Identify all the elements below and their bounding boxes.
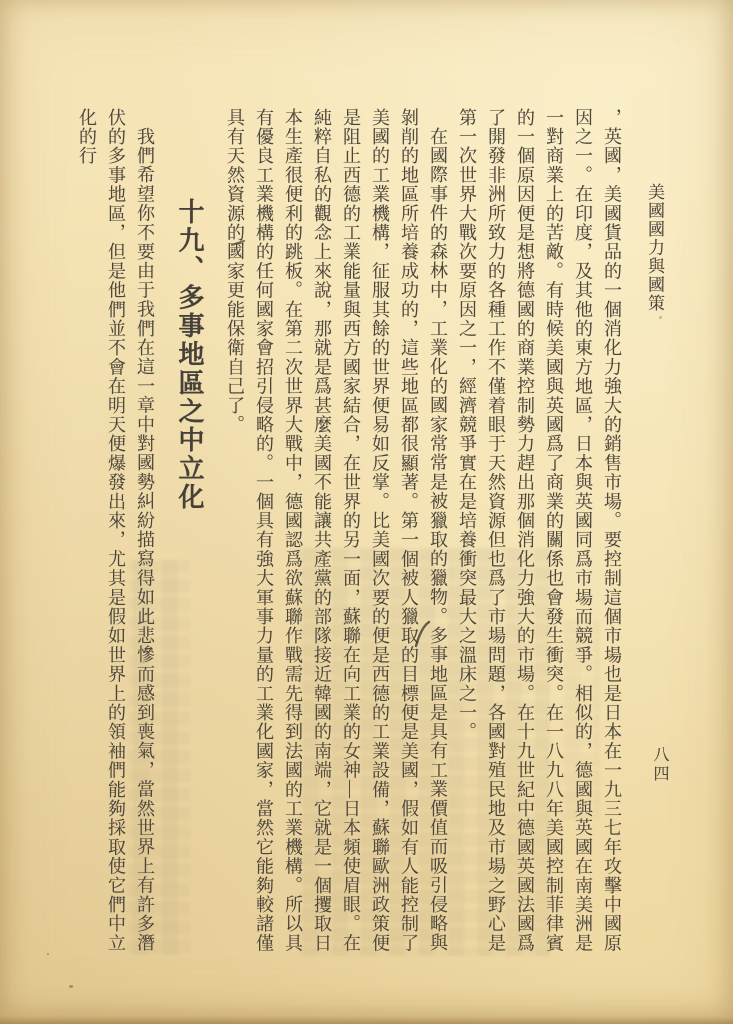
scanned-book-page: 美國國力與國策 八四 ，英國，美國貨品的一個消化力強大的銷售市場。要控制這個市場… (0, 0, 733, 1024)
paragraph-1: ，英國，美國貨品的一個消化力強大的銷售市場。要控制這個市場也是日本在一九三七年攻… (452, 108, 626, 966)
paragraph-2: 在國際事件的森林中，工業化的國家常常是被獵取的獵物。多事地區是具有工業價值而吸引… (220, 108, 452, 966)
paragraph-3: 我們希望你不要由于我們在這一章中對國勢糾紛描寫得如此悲慘而感到喪氣，當然世界上有… (72, 108, 159, 966)
running-title: 美國國力與國策 (644, 183, 664, 313)
page-bottom-edge-shadow (0, 1016, 733, 1024)
paper-speck (659, 316, 662, 319)
paper-speck (47, 953, 49, 955)
section-heading: 十九、多事地區之中立化 (174, 108, 205, 966)
body-text: ，英國，美國貨品的一個消化力強大的銷售市場。要控制這個市場也是日本在一九三七年攻… (92, 108, 626, 966)
page-number: 八四 (649, 746, 669, 784)
paper-speck (69, 985, 73, 988)
